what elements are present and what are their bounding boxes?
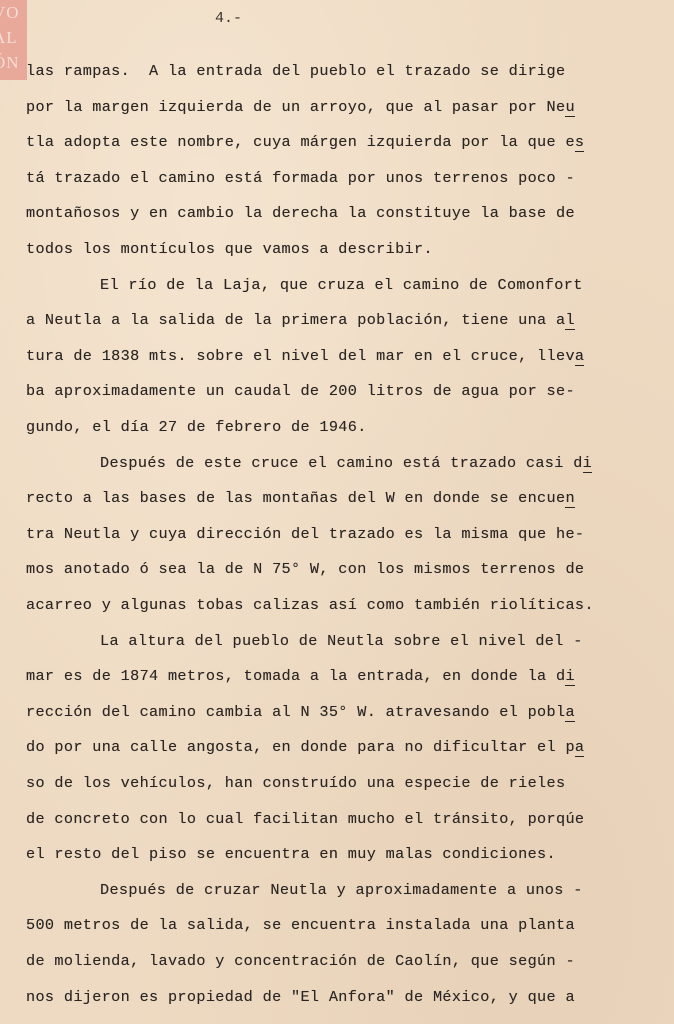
text-line: rección del camino cambia al N 35° W. at… xyxy=(26,703,575,721)
text-line: tla adopta este nombre, cuya márgen izqu… xyxy=(26,133,584,151)
text-line: tra Neutla y cuya dirección del trazado … xyxy=(26,525,584,543)
syllable-break-underline: i xyxy=(565,667,574,686)
syllable-break-underline: a xyxy=(575,347,584,366)
stamp-fragment: VO xyxy=(0,0,27,25)
text-line: el resto del piso se encuentra en muy ma… xyxy=(26,845,556,863)
syllable-break-underline: s xyxy=(575,133,584,152)
page-number: 4.- xyxy=(215,10,242,27)
text-line: do por una calle angosta, en donde para … xyxy=(26,738,584,756)
text-line: montañosos y en cambio la derecha la con… xyxy=(26,204,575,222)
text-line: El río de la Laja, que cruza el camino d… xyxy=(100,276,583,294)
text-line: gundo, el día 27 de febrero de 1946. xyxy=(26,418,367,436)
syllable-break-underline: a xyxy=(575,738,584,757)
text-line: Después de este cruce el camino está tra… xyxy=(100,454,592,472)
text-line: Después de cruzar Neutla y aproximadamen… xyxy=(100,881,583,899)
text-line: acarreo y algunas tobas calizas así como… xyxy=(26,596,594,614)
syllable-break-underline: l xyxy=(565,311,574,330)
typewritten-page: VO AL ÓN 4.- las rampas. A la entrada de… xyxy=(0,0,674,1024)
stamp-fragment: AL xyxy=(0,25,27,50)
text-line: por la margen izquierda de un arroyo, qu… xyxy=(26,98,575,116)
text-line: mar es de 1874 metros, tomada a la entra… xyxy=(26,667,575,685)
text-line: tura de 1838 mts. sobre el nivel del mar… xyxy=(26,347,584,365)
stamp-fragment: ÓN xyxy=(0,50,27,75)
text-line: todos los montículos que vamos a describ… xyxy=(26,240,433,258)
text-line: tá trazado el camino está formada por un… xyxy=(26,169,575,187)
text-line: a Neutla a la salida de la primera pobla… xyxy=(26,311,575,329)
syllable-break-underline: n xyxy=(565,489,574,508)
text-line: nos dijeron es propiedad de "El Anfora" … xyxy=(26,988,575,1006)
text-line: La altura del pueblo de Neutla sobre el … xyxy=(100,632,583,650)
syllable-break-underline: a xyxy=(565,703,574,722)
text-line: de molienda, lavado y concentración de C… xyxy=(26,952,575,970)
text-line: recto a las bases de las montañas del W … xyxy=(26,489,575,507)
archive-stamp: VO AL ÓN xyxy=(0,0,27,80)
text-line: ba aproximadamente un caudal de 200 litr… xyxy=(26,382,575,400)
text-line: de concreto con lo cual facilitan mucho … xyxy=(26,810,584,828)
syllable-break-underline: i xyxy=(583,454,592,473)
text-line: mos anotado ó sea la de N 75° W, con los… xyxy=(26,560,584,578)
text-line: 500 metros de la salida, se encuentra in… xyxy=(26,916,575,934)
text-line: so de los vehículos, han construído una … xyxy=(26,774,565,792)
syllable-break-underline: u xyxy=(565,98,574,117)
text-line: las rampas. A la entrada del pueblo el t… xyxy=(26,62,565,80)
